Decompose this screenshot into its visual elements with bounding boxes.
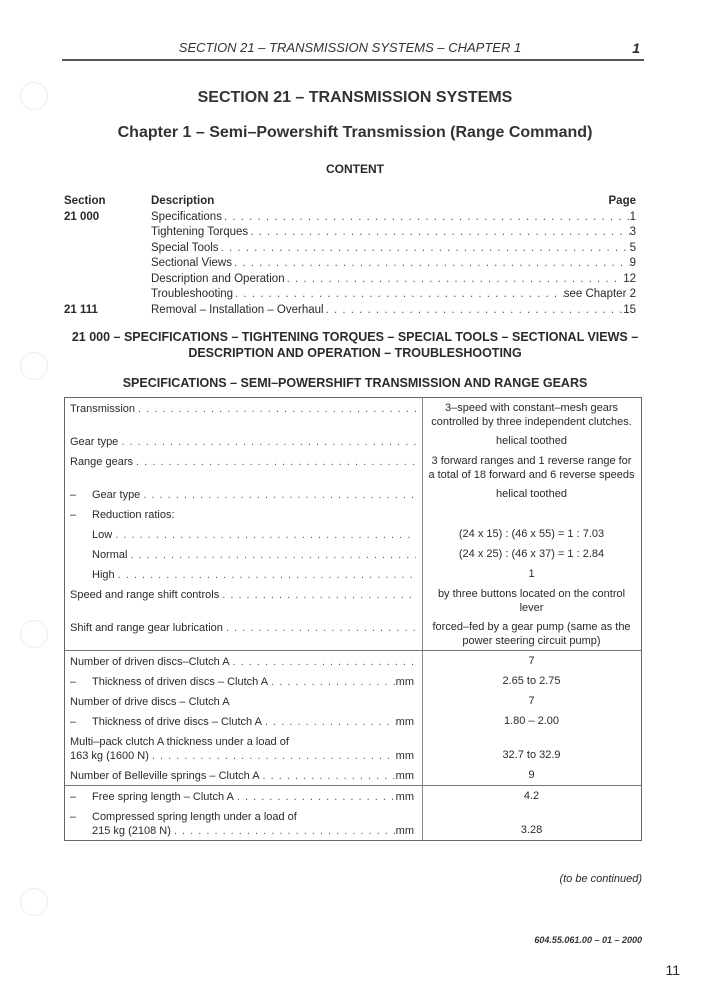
dash-bullet: – [70,488,92,502]
spec-label: Multi–pack clutch A thickness under a lo… [70,735,289,749]
leader-dots: . . . . . . . . . . . . . . . . . . . . … [248,225,629,241]
toc-page: 12 [623,272,636,288]
spec-value: 3 forward ranges and 1 reverse range for… [422,451,641,484]
toc-page: 9 [630,256,636,272]
leader-dots: . . . . . . . . . . . . . . . . . . . . … [232,256,630,272]
page-number: 11 [640,962,680,978]
leader-dots: . . . . . . . . . . . . . . . . . . . . … [230,655,416,669]
spec-value: helical toothed [422,484,641,504]
toc-section-code [64,241,151,257]
spec-row: Normal. . . . . . . . . . . . . . . . . … [65,544,641,564]
section-title: SECTION 21 – TRANSMISSION SYSTEMS [60,89,650,107]
spec-label: Low [92,528,112,542]
spec-row: Multi–pack clutch A thickness under a lo… [65,731,641,765]
leader-dots: . . . . . . . . . . . . . . . . . . . . … [219,588,416,602]
spec-value: 1 [422,564,641,584]
leader-dots: . . . . . . . . . . . . . . . . . . . . … [285,272,624,288]
spec-row: Number of Belleville springs – Clutch A.… [65,765,641,785]
leader-dots: . . . . . . . . . . . . . . . . . . . . … [262,715,396,729]
punch-hole [20,352,48,380]
leader-dots: . . . . . . . . . . . . . . . . . . . . … [222,210,630,226]
spec-label-cont: 215 kg (2108 N) [92,824,171,838]
spec-unit: mm [396,715,416,729]
toc-page: 1 [630,210,636,226]
leader-dots: . . . . . . . . . . . . . . . . . . . . … [234,790,396,804]
spec-label: Shift and range gear lubrication [70,621,223,635]
running-header-page: 1 [620,40,640,56]
spec-row: Range gears. . . . . . . . . . . . . . .… [65,451,641,484]
spec-row: Low. . . . . . . . . . . . . . . . . . .… [65,524,641,544]
dash-bullet: – [70,810,92,824]
spec-label: Compressed spring length under a load of [92,810,297,824]
spec-row: –Compressed spring length under a load o… [65,806,641,840]
toc-page: 5 [630,241,636,257]
leader-dots: . . . . . . . . . . . . . . . . . . . . … [219,241,630,257]
table-of-contents: Section Description Page 21 000Specifica… [64,194,636,318]
spec-unit: mm [396,790,416,804]
spec-unit: mm [396,769,416,783]
toc-header-section: Section [64,194,151,210]
spec-label: Thickness of drive discs – Clutch A [92,715,262,729]
leader-dots: . . . . . . . . . . . . . . . . . . . . … [112,528,416,542]
spec-value: 3.28 [422,806,641,840]
running-header-title: SECTION 21 – TRANSMISSION SYSTEMS – CHAP… [60,40,640,55]
spec-label: Number of Belleville springs – Clutch A [70,769,260,783]
spec-label: Gear type [70,435,118,449]
toc-header-description: Description [151,194,214,210]
dash-bullet: – [70,675,92,689]
spec-value: (24 x 25) : (46 x 37) = 1 : 2.84 [422,544,641,564]
spec-value: by three buttons located on the control … [422,584,641,617]
spec-row: –Thickness of driven discs – Clutch A. .… [65,671,641,691]
chapter-title: Chapter 1 – Semi–Powershift Transmission… [60,124,650,142]
toc-row: Sectional Views. . . . . . . . . . . . .… [64,256,636,272]
punch-hole [20,82,48,110]
spec-value: (24 x 15) : (46 x 55) = 1 : 7.03 [422,524,641,544]
leader-dots: . . . . . . . . . . . . . . . . . . . . … [127,548,416,562]
spec-label: Reduction ratios: [92,508,175,522]
spec-row: Number of drive discs – Clutch A7 [65,691,641,711]
spec-value: 7 [422,691,641,711]
spec-row: –Gear type. . . . . . . . . . . . . . . … [65,484,641,504]
spec-value: 3–speed with constant–mesh gears control… [422,398,641,431]
toc-page: see Chapter 2 [564,287,636,303]
toc-description: Removal – Installation – Overhaul [151,303,324,319]
spec-value: 4.2 [422,786,641,806]
dash-bullet: – [70,790,92,804]
spec-value: forced–fed by a gear pump (same as the p… [422,617,641,650]
leader-dots: . . . . . . . . . . . . . . . . . . . . … [118,435,416,449]
toc-description: Specifications [151,210,222,226]
toc-row: 21 000Specifications. . . . . . . . . . … [64,210,636,226]
spec-value: 1.80 – 2.00 [422,711,641,731]
toc-description: Sectional Views [151,256,232,272]
spec-unit: mm [396,749,416,763]
toc-header-row: Section Description Page [64,194,636,210]
toc-section-code [64,256,151,272]
spec-unit: mm [396,824,416,838]
spec-value: 9 [422,765,641,785]
toc-section-code [64,272,151,288]
toc-row: Tightening Torques. . . . . . . . . . . … [64,225,636,241]
spec-label: Speed and range shift controls [70,588,219,602]
leader-dots: . . . . . . . . . . . . . . . . . . . . … [268,675,396,689]
doc-code: 604.55.061.00 [534,935,592,945]
spec-row: Transmission. . . . . . . . . . . . . . … [65,398,641,431]
spec-row: –Free spring length – Clutch A. . . . . … [65,785,641,806]
spec-label: Range gears [70,455,133,469]
content-title: CONTENT [60,162,650,176]
toc-page: 3 [630,225,636,241]
toc-row: Special Tools. . . . . . . . . . . . . .… [64,241,636,257]
leader-dots: . . . . . . . . . . . . . . . . . . . . … [233,287,564,303]
toc-section-code [64,225,151,241]
spec-label: Number of driven discs–Clutch A [70,655,230,669]
spec-row: –Reduction ratios: [65,504,641,524]
toc-description: Description and Operation [151,272,285,288]
spec-label-cont: 163 kg (1600 N) [70,749,149,763]
leader-dots: . . . . . . . . . . . . . . . . . . . . … [260,769,396,783]
spec-value [422,504,641,524]
doc-date: – 01 – 2000 [592,935,642,945]
toc-header-page: Page [609,194,637,210]
toc-section-code [64,287,151,303]
dash-bullet: – [70,508,92,522]
leader-dots: . . . . . . . . . . . . . . . . . . . . … [115,568,416,582]
document-reference: 604.55.061.00 – 01 – 2000 [500,935,642,945]
toc-row: Troubleshooting. . . . . . . . . . . . .… [64,287,636,303]
toc-description: Tightening Torques [151,225,248,241]
leader-dots: . . . . . . . . . . . . . . . . . . . . … [133,455,416,469]
leader-dots: . . . . . . . . . . . . . . . . . . . . … [149,749,396,763]
punch-hole [20,888,48,916]
spec-row: Number of driven discs–Clutch A. . . . .… [65,650,641,671]
toc-section-code: 21 000 [64,210,151,226]
leader-dots: . . . . . . . . . . . . . . . . . . . . … [223,621,416,635]
toc-description: Troubleshooting [151,287,233,303]
spec-label: Transmission [70,402,135,416]
toc-page: 15 [623,303,636,319]
toc-section-code: 21 111 [64,303,151,319]
to-be-continued: (to be continued) [500,873,642,885]
specifications-table: Transmission. . . . . . . . . . . . . . … [64,397,642,841]
spec-label: High [92,568,115,582]
spec-row: Speed and range shift controls. . . . . … [65,584,641,617]
dash-bullet: – [70,715,92,729]
leader-dots: . . . . . . . . . . . . . . . . . . . . … [140,488,416,502]
spec-label: Normal [92,548,127,562]
spec-value: 2.65 to 2.75 [422,671,641,691]
subsection-title: 21 000 – SPECIFICATIONS – TIGHTENING TOR… [60,329,650,361]
spec-row: Shift and range gear lubrication. . . . … [65,617,641,650]
toc-description: Special Tools [151,241,219,257]
spec-row: High. . . . . . . . . . . . . . . . . . … [65,564,641,584]
spec-label: Number of drive discs – Clutch A [70,695,230,709]
spec-label: Free spring length – Clutch A [92,790,234,804]
spec-row: Gear type. . . . . . . . . . . . . . . .… [65,431,641,451]
spec-value: helical toothed [422,431,641,451]
leader-dots: . . . . . . . . . . . . . . . . . . . . … [171,824,396,838]
leader-dots: . . . . . . . . . . . . . . . . . . . . … [324,303,624,319]
spec-unit: mm [396,675,416,689]
spec-label: Thickness of driven discs – Clutch A [92,675,268,689]
spec-row: –Thickness of drive discs – Clutch A. . … [65,711,641,731]
leader-dots: . . . . . . . . . . . . . . . . . . . . … [135,402,416,416]
header-rule [62,59,644,61]
punch-hole [20,620,48,648]
spec-value: 32.7 to 32.9 [422,731,641,765]
spec-label: Gear type [92,488,140,502]
specifications-title: SPECIFICATIONS – SEMI–POWERSHIFT TRANSMI… [60,376,650,390]
toc-row: 21 111Removal – Installation – Overhaul.… [64,303,636,319]
spec-value: 7 [422,651,641,671]
toc-row: Description and Operation. . . . . . . .… [64,272,636,288]
